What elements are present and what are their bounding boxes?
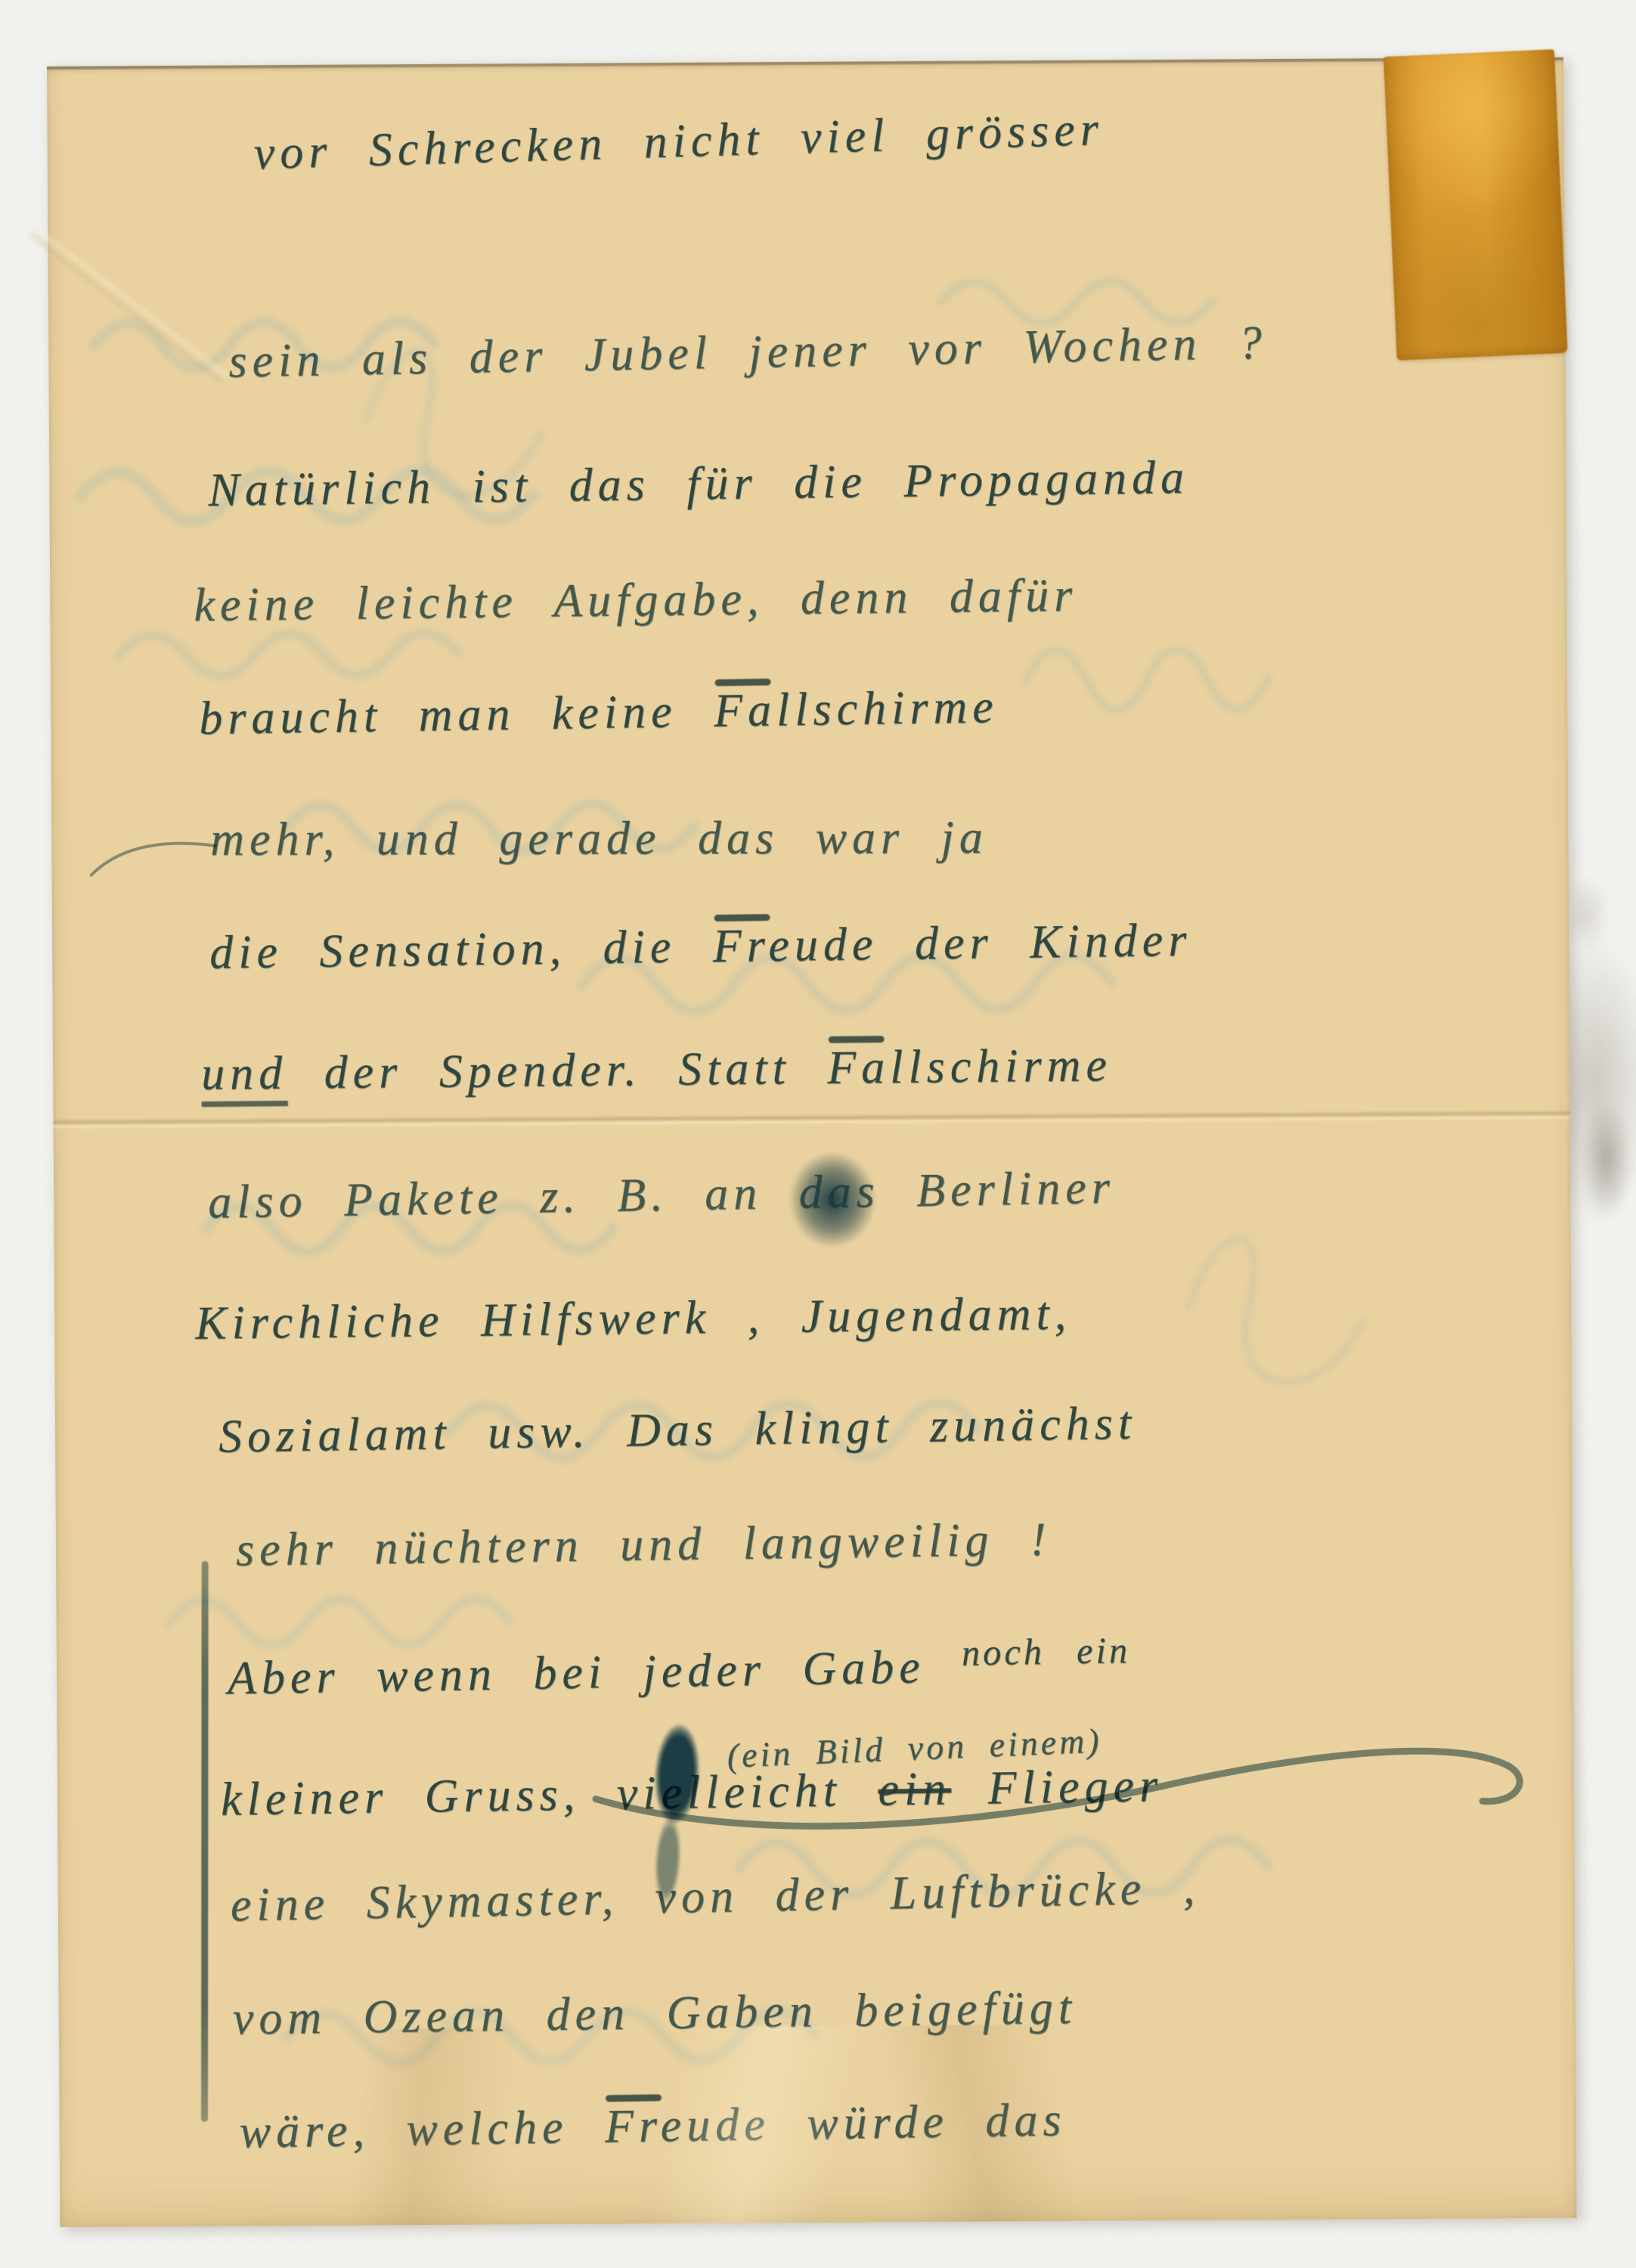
handwriting-text: eine Skymaster, von der Luftbrücke ,	[230, 1862, 1201, 1931]
margin-emphasis-line	[201, 1561, 209, 2122]
handwriting-text-overbar: Freude	[712, 919, 878, 972]
handwriting-text: die Sensation, die	[209, 921, 713, 979]
letter-scan: { "scan": { "background_color": "#f1f1ee…	[0, 0, 1636, 2268]
handwriting-text-overbar: Freude	[604, 2099, 770, 2152]
handwriting-line: Sozialamt usw. Das klingt zunächst	[218, 1378, 1137, 1483]
handwriting-line: sehr nüchtern und langweilig !	[235, 1494, 1052, 1595]
handwriting-text-raised: noch ein	[961, 1631, 1130, 1674]
handwriting-line: braucht man keine Fallschirme	[198, 661, 999, 764]
handwriting-text: Kirchliche Hilfswerk , Jugendamt,	[195, 1288, 1072, 1349]
handwriting-text: vor Schrecken nicht viel grösser	[253, 104, 1105, 179]
handwriting-text: braucht man keine	[199, 686, 714, 745]
handwriting-line: Kirchliche Hilfswerk , Jugendamt,	[194, 1269, 1071, 1369]
handwriting-line: die Sensation, die Freude der Kinder	[209, 895, 1192, 999]
fold-crease	[29, 227, 228, 384]
handwriting-text: würde das	[770, 2094, 1067, 2150]
handwriting-text: sein als der Jubel jener vor Wochen ?	[228, 317, 1268, 387]
handwriting-text: kleiner Gruss,	[221, 1768, 618, 1826]
handwriting-line: vom Ozean den Gaben beigefügt	[232, 1963, 1077, 2065]
handwriting-text: mehr, und gerade das war ja	[210, 812, 988, 866]
handwriting-text: Berliner	[879, 1162, 1115, 1217]
handwriting-text-inkblot: das	[798, 1166, 880, 1219]
handwriting-line: wäre, welche Freude würde das	[239, 2074, 1067, 2177]
stray-pen-stroke	[88, 831, 224, 892]
adhesive-tape	[1383, 49, 1568, 361]
handwriting-line: mehr, und gerade das war ja	[210, 792, 988, 885]
handwriting-line: eine Skymaster, von der Luftbrücke ,	[230, 1842, 1201, 1950]
handwriting-text-overbar: Fallschirme	[714, 681, 999, 737]
handwriting-text-underlined: und	[201, 1048, 288, 1100]
handwriting-text: vom Ozean den Gaben beigefügt	[232, 1982, 1077, 2045]
paper-sheet: vor Schrecken nicht viel grösser sein al…	[47, 57, 1576, 2227]
handwriting-text: Natürlich ist das für die Propaganda	[208, 452, 1189, 516]
handwriting-text: keine leichte Aufgabe, denn dafür	[194, 570, 1078, 631]
handwriting-line: also Pakete z. B. an das Berliner	[207, 1142, 1116, 1248]
handwriting-line: und der Spender. Statt Fallschirme	[201, 1020, 1113, 1120]
handwriting-text: also Pakete z. B. an	[208, 1167, 800, 1228]
handwriting-text-overbar: Fallschirme	[827, 1039, 1112, 1094]
handwriting-text: Aber wenn bei jeder Gabe	[227, 1641, 962, 1704]
underline-flourish	[587, 1734, 1570, 1854]
handwriting-text: der Spender. Statt	[287, 1043, 828, 1099]
handwriting-text: wäre, welche	[239, 2101, 605, 2158]
handwriting-text: der Kinder	[878, 915, 1192, 970]
handwriting-line: sein als der Jubel jener vor Wochen ?	[228, 297, 1268, 407]
background-smudge	[1572, 1081, 1636, 1240]
handwriting-text: sehr nüchtern und langweilig !	[236, 1514, 1052, 1576]
handwriting-line: keine leichte Aufgabe, denn dafür	[194, 550, 1078, 651]
handwriting-text: Sozialamt usw. Das klingt zunächst	[218, 1398, 1137, 1463]
handwriting-line: vor Schrecken nicht viel grösser	[253, 84, 1105, 199]
handwriting-line: Natürlich ist das für die Propaganda	[208, 432, 1190, 536]
